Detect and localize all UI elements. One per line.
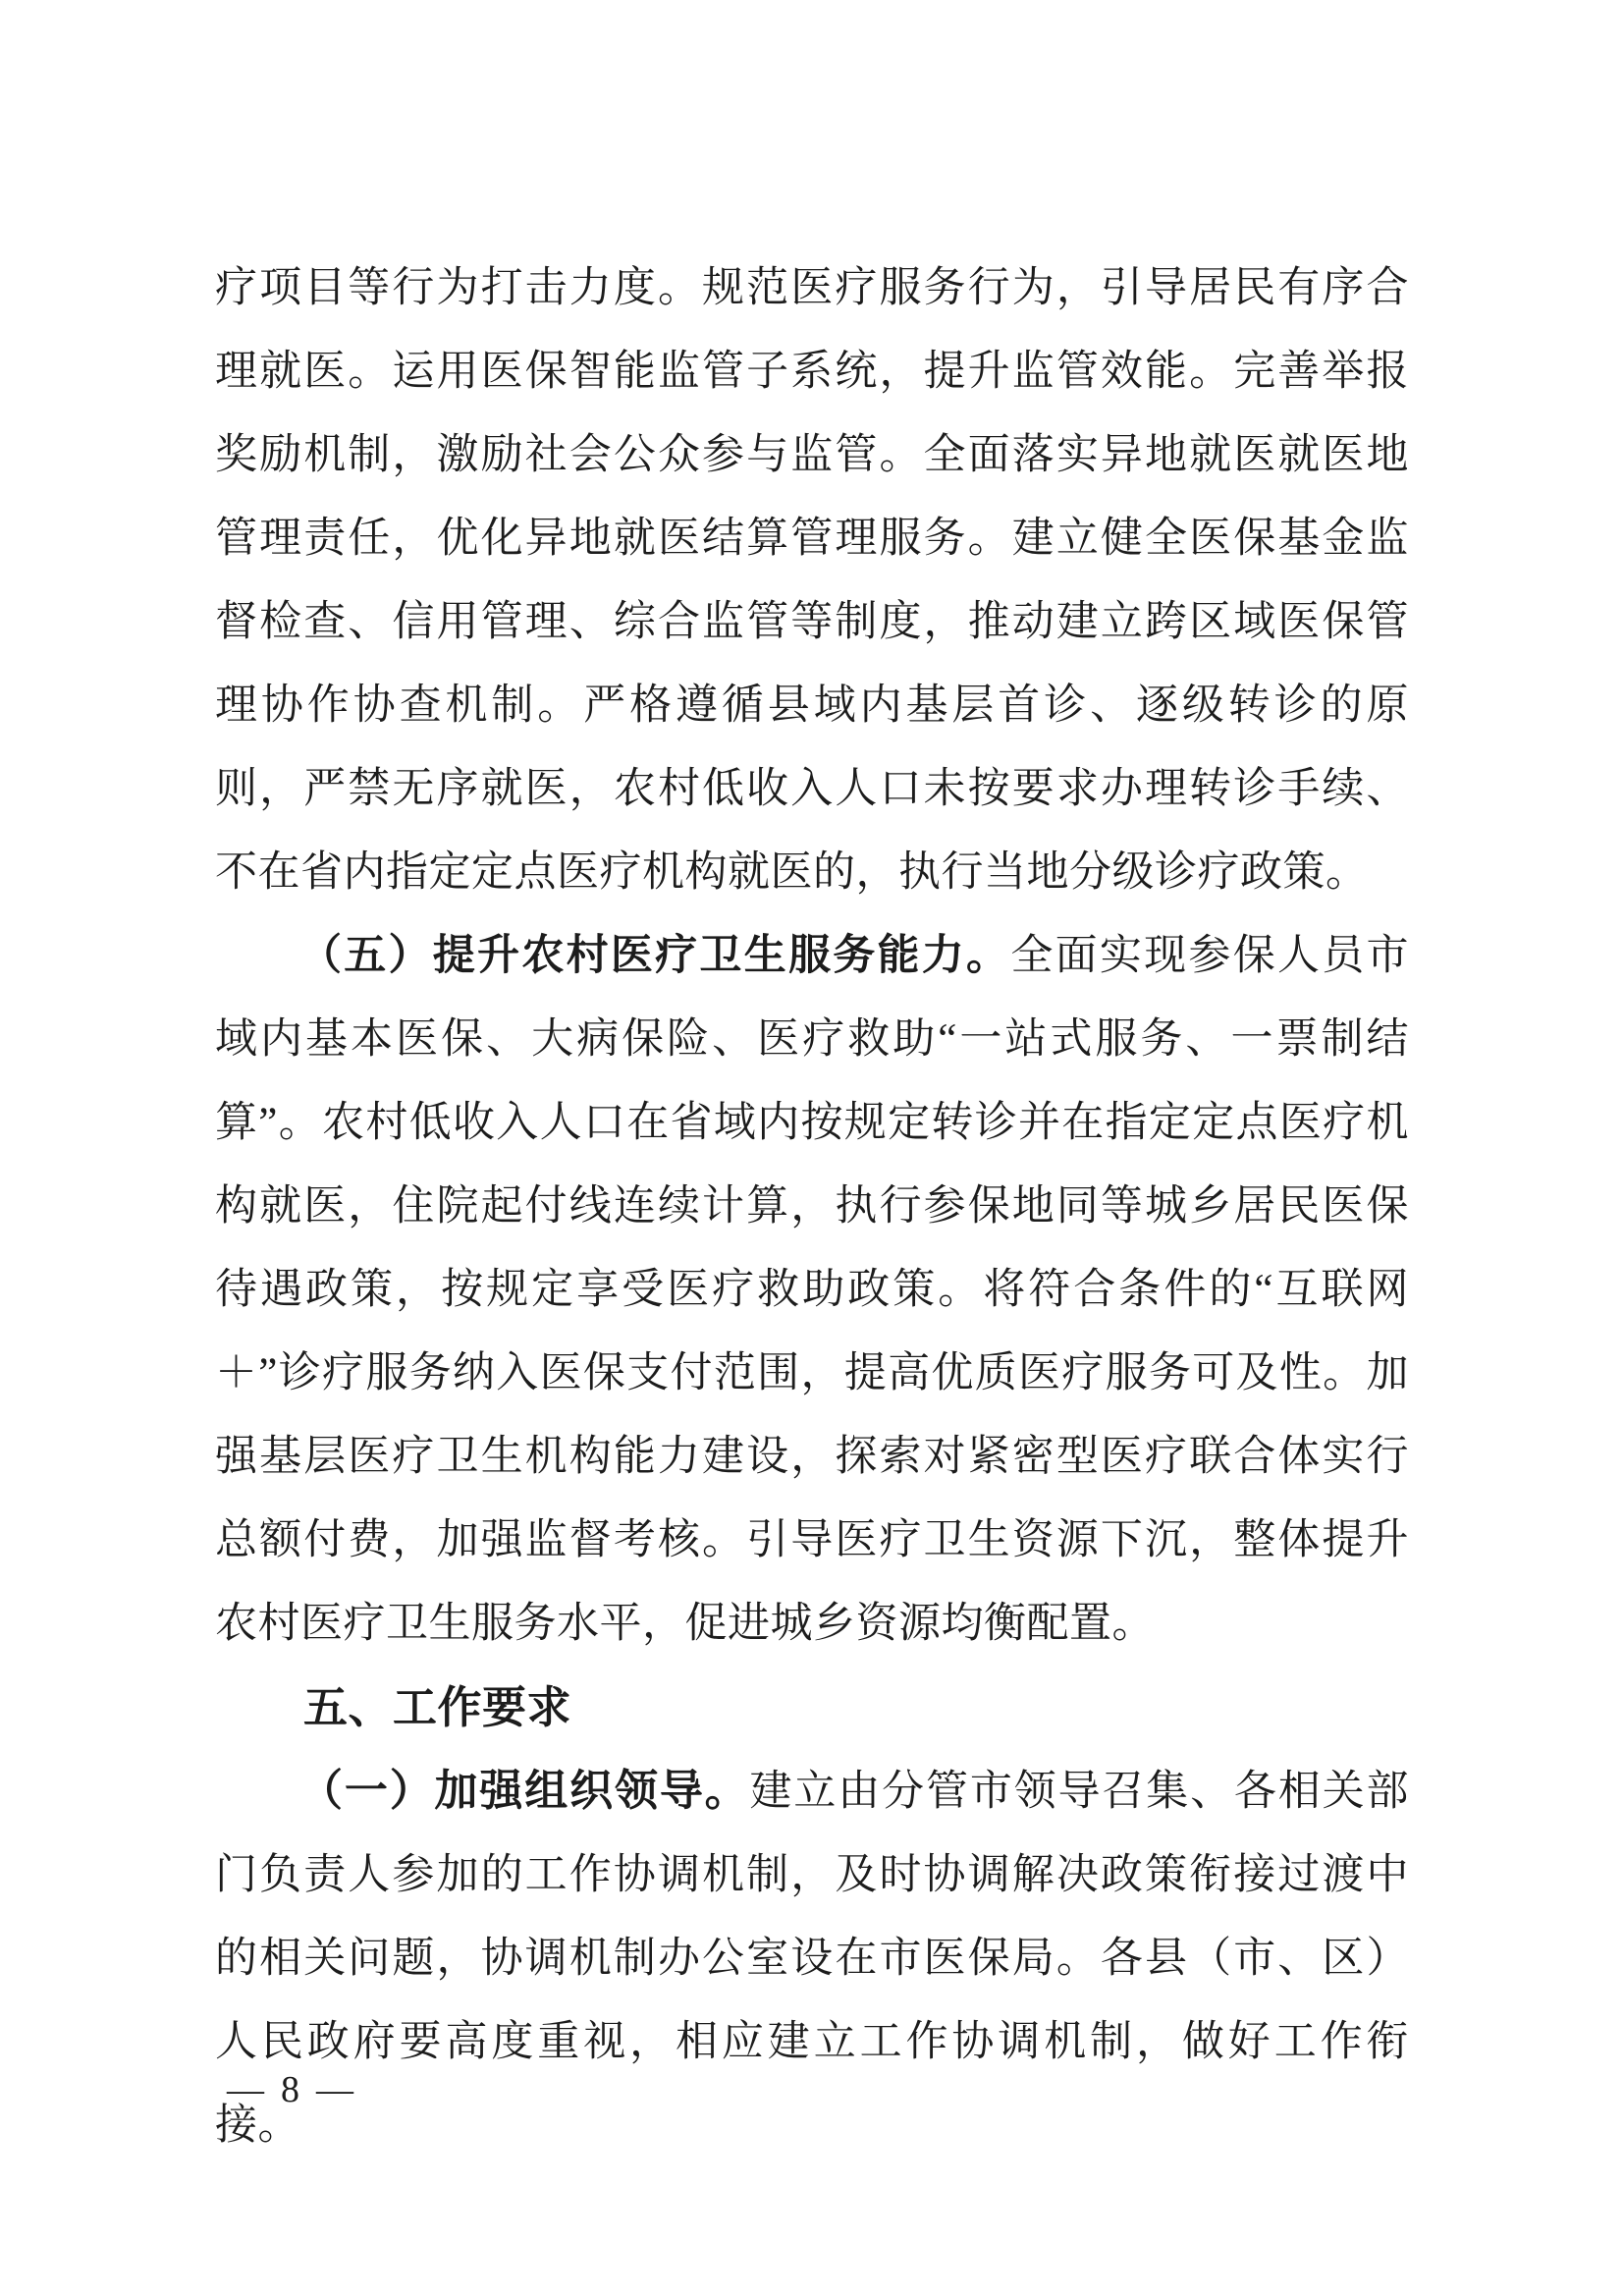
paragraph-item-5: （五）提升农村医疗卫生服务能力。全面实现参保人员市域内基本医保、大病保险、医疗救…: [215, 914, 1409, 1666]
footer-dash-left: —: [227, 2065, 264, 2114]
section-heading-text: 五、工作要求: [303, 1682, 571, 1732]
paragraph-item-1-text: 建立由分管市领导召集、各相关部门负责人参加的工作协调机制，及时协调解决政策衔接过…: [215, 1769, 1409, 2149]
document-body: 疗项目等行为打击力度。规范医疗服务行为，引导居民有序合理就医。运用医保智能监管子…: [215, 246, 1409, 2167]
footer-dash-right: —: [316, 2065, 353, 2114]
paragraph-item-1-lead: （一）加强组织领导。: [299, 1767, 750, 1815]
paragraph-continuation-text: 疗项目等行为打击力度。规范医疗服务行为，引导居民有序合理就医。运用医保智能监管子…: [215, 265, 1409, 896]
page-footer: — 8 —: [227, 2065, 353, 2114]
page-number: 8: [281, 2065, 299, 2114]
paragraph-item-5-text: 全面实现参保人员市域内基本医保、大病保险、医疗救助“一站式服务、一票制结算”。农…: [215, 933, 1409, 1647]
section-heading: 五、工作要求: [215, 1666, 1409, 1749]
paragraph-item-1: （一）加强组织领导。建立由分管市领导召集、各相关部门负责人参加的工作协调机制，及…: [215, 1749, 1409, 2167]
paragraph-continuation: 疗项目等行为打击力度。规范医疗服务行为，引导居民有序合理就医。运用医保智能监管子…: [215, 246, 1409, 914]
paragraph-item-5-lead: （五）提升农村医疗卫生服务能力。: [299, 933, 1010, 979]
document-page: 疗项目等行为打击力度。规范医疗服务行为，引导居民有序合理就医。运用医保智能监管子…: [0, 0, 1623, 2296]
